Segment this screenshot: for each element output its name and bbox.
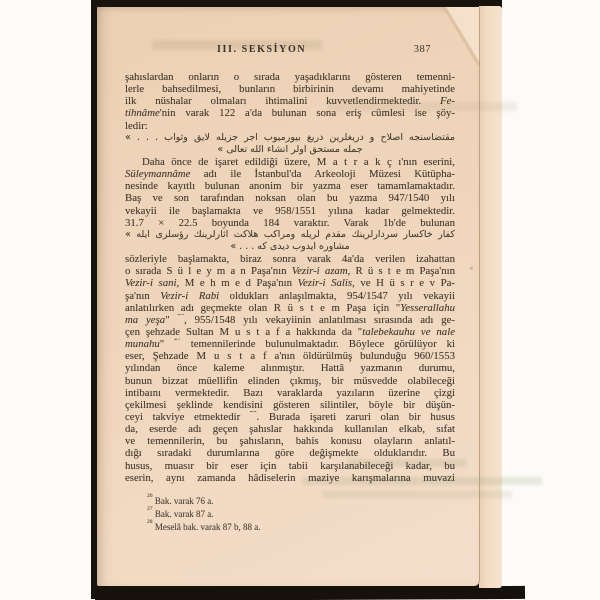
text-line: çen şehzade Sultan M u s t a f a hakkınd… — [125, 326, 455, 338]
footnote-line: 28 Meselâ bak. varak 87 b, 88 a. — [125, 521, 455, 534]
text-line: nesinde kayıtlı bulunan anonim bir yazma… — [125, 180, 455, 192]
book-page: * III. SEKSİYON 387 şahıslardan onların … — [97, 7, 480, 586]
text-line: da, eserde adı geçen şahıslar hakkında k… — [125, 423, 455, 435]
text-line: eserin, aynı zamanda hâdiselerin maziye … — [125, 472, 455, 484]
text-line: Daha önce de işaret edildiği üzere, M a … — [125, 156, 455, 168]
text-line: sözleriyle başlamakta, biraz sonra varak… — [125, 253, 455, 265]
body-text: şahıslardan onların o sırada yaşadıkları… — [125, 71, 455, 484]
scanned-book-page: * III. SEKSİYON 387 şahıslardan onların … — [0, 0, 600, 600]
text-line: ilk nüshalar olmaları ihtimalini kuvvetl… — [125, 95, 455, 107]
margin-mark: * — [469, 265, 474, 275]
text-line: çekilmesi şeklinde kendisini gösteren si… — [125, 399, 455, 411]
text-line: eser, Şehzade M u s t a f a'nın öldürülm… — [125, 350, 455, 362]
text-line: yılından önce kaleme alınmıştır. Hattâ y… — [125, 362, 455, 374]
text-line: Baş ve son tarafından noksan olan bu yaz… — [125, 192, 455, 204]
text-line: şahıslardan onların o sırada yaşadıkları… — [125, 71, 455, 83]
arabic-line: جمله مستحق اولر انشاء الله تعالى » — [125, 144, 455, 156]
scan-background-bottom — [95, 586, 525, 600]
text-line: lerle bahsedilmesi, bunların birbirinin … — [125, 83, 455, 95]
text-line: vekayii ile başlamakta ve 958/1551 yılın… — [125, 205, 455, 217]
text-line: ve temennilerin, bu şahısların, bahis ko… — [125, 435, 455, 447]
footnote-line: 27 Bak. varak 87 a. — [125, 508, 455, 521]
text-line: dığı sıradaki durumlarına göre değişmekt… — [125, 447, 455, 459]
footnote-line: 26 Bak. varak 76 a. — [125, 495, 455, 508]
text-line: ceyi takviye etmektedir 28. Burada işare… — [125, 411, 455, 423]
text-block: III. SEKSİYON 387 şahıslardan onların o … — [125, 44, 455, 534]
text-line: 31.7 × 22.5 boyunda 184 varaktır. Varak … — [125, 217, 455, 229]
arabic-line: « . . . مقتضاسنجه اصلاح و دريغلرين دريغ … — [125, 132, 455, 144]
section-title: III. SEKSİYON — [217, 44, 306, 55]
text-line: şa'nın Vezir-i Rabi oldukları anlaşılmak… — [125, 290, 455, 302]
text-line: Süleymannâme adı ile İstanbul'da Arkeolo… — [125, 168, 455, 180]
text-line: intibaını vermektedir. Bazı varaklarda y… — [125, 387, 455, 399]
text-line: o sırada S ü l e y m a n Paşa'nın Vezir-… — [125, 265, 455, 277]
text-line: ledir: — [125, 120, 455, 132]
text-line: anlatılırken adı geçmekte olan R ü s t e… — [125, 302, 455, 314]
text-line: husus, muasır bir eser için tabii karşıl… — [125, 460, 455, 472]
text-line: Vezir-i sani, M e h m e d Paşa'nın Vezir… — [125, 277, 455, 289]
arabic-line: مشاوره ايدوب ديدى كه . . . » — [125, 241, 455, 253]
text-line: bunun bizzat müellifin elinden çıkmış, b… — [125, 375, 455, 387]
text-line: munahu" 27 temennilerinde bulunulmaktadı… — [125, 338, 455, 350]
running-header: III. SEKSİYON 387 — [125, 44, 455, 56]
text-line: tihnâme'nin varak 122 a'da bulunan sona … — [125, 107, 455, 119]
book-pages-edge — [479, 6, 502, 588]
footnotes: 26 Bak. varak 76 a.27 Bak. varak 87 a.28… — [125, 495, 455, 534]
arabic-line: « كفار خاكسار سردارلرينك مقدم لريله ومرا… — [125, 229, 455, 241]
page-number: 387 — [414, 44, 431, 55]
text-line: ma yeşa" 26, 955/1548 yılı vekayiinin an… — [125, 314, 455, 326]
